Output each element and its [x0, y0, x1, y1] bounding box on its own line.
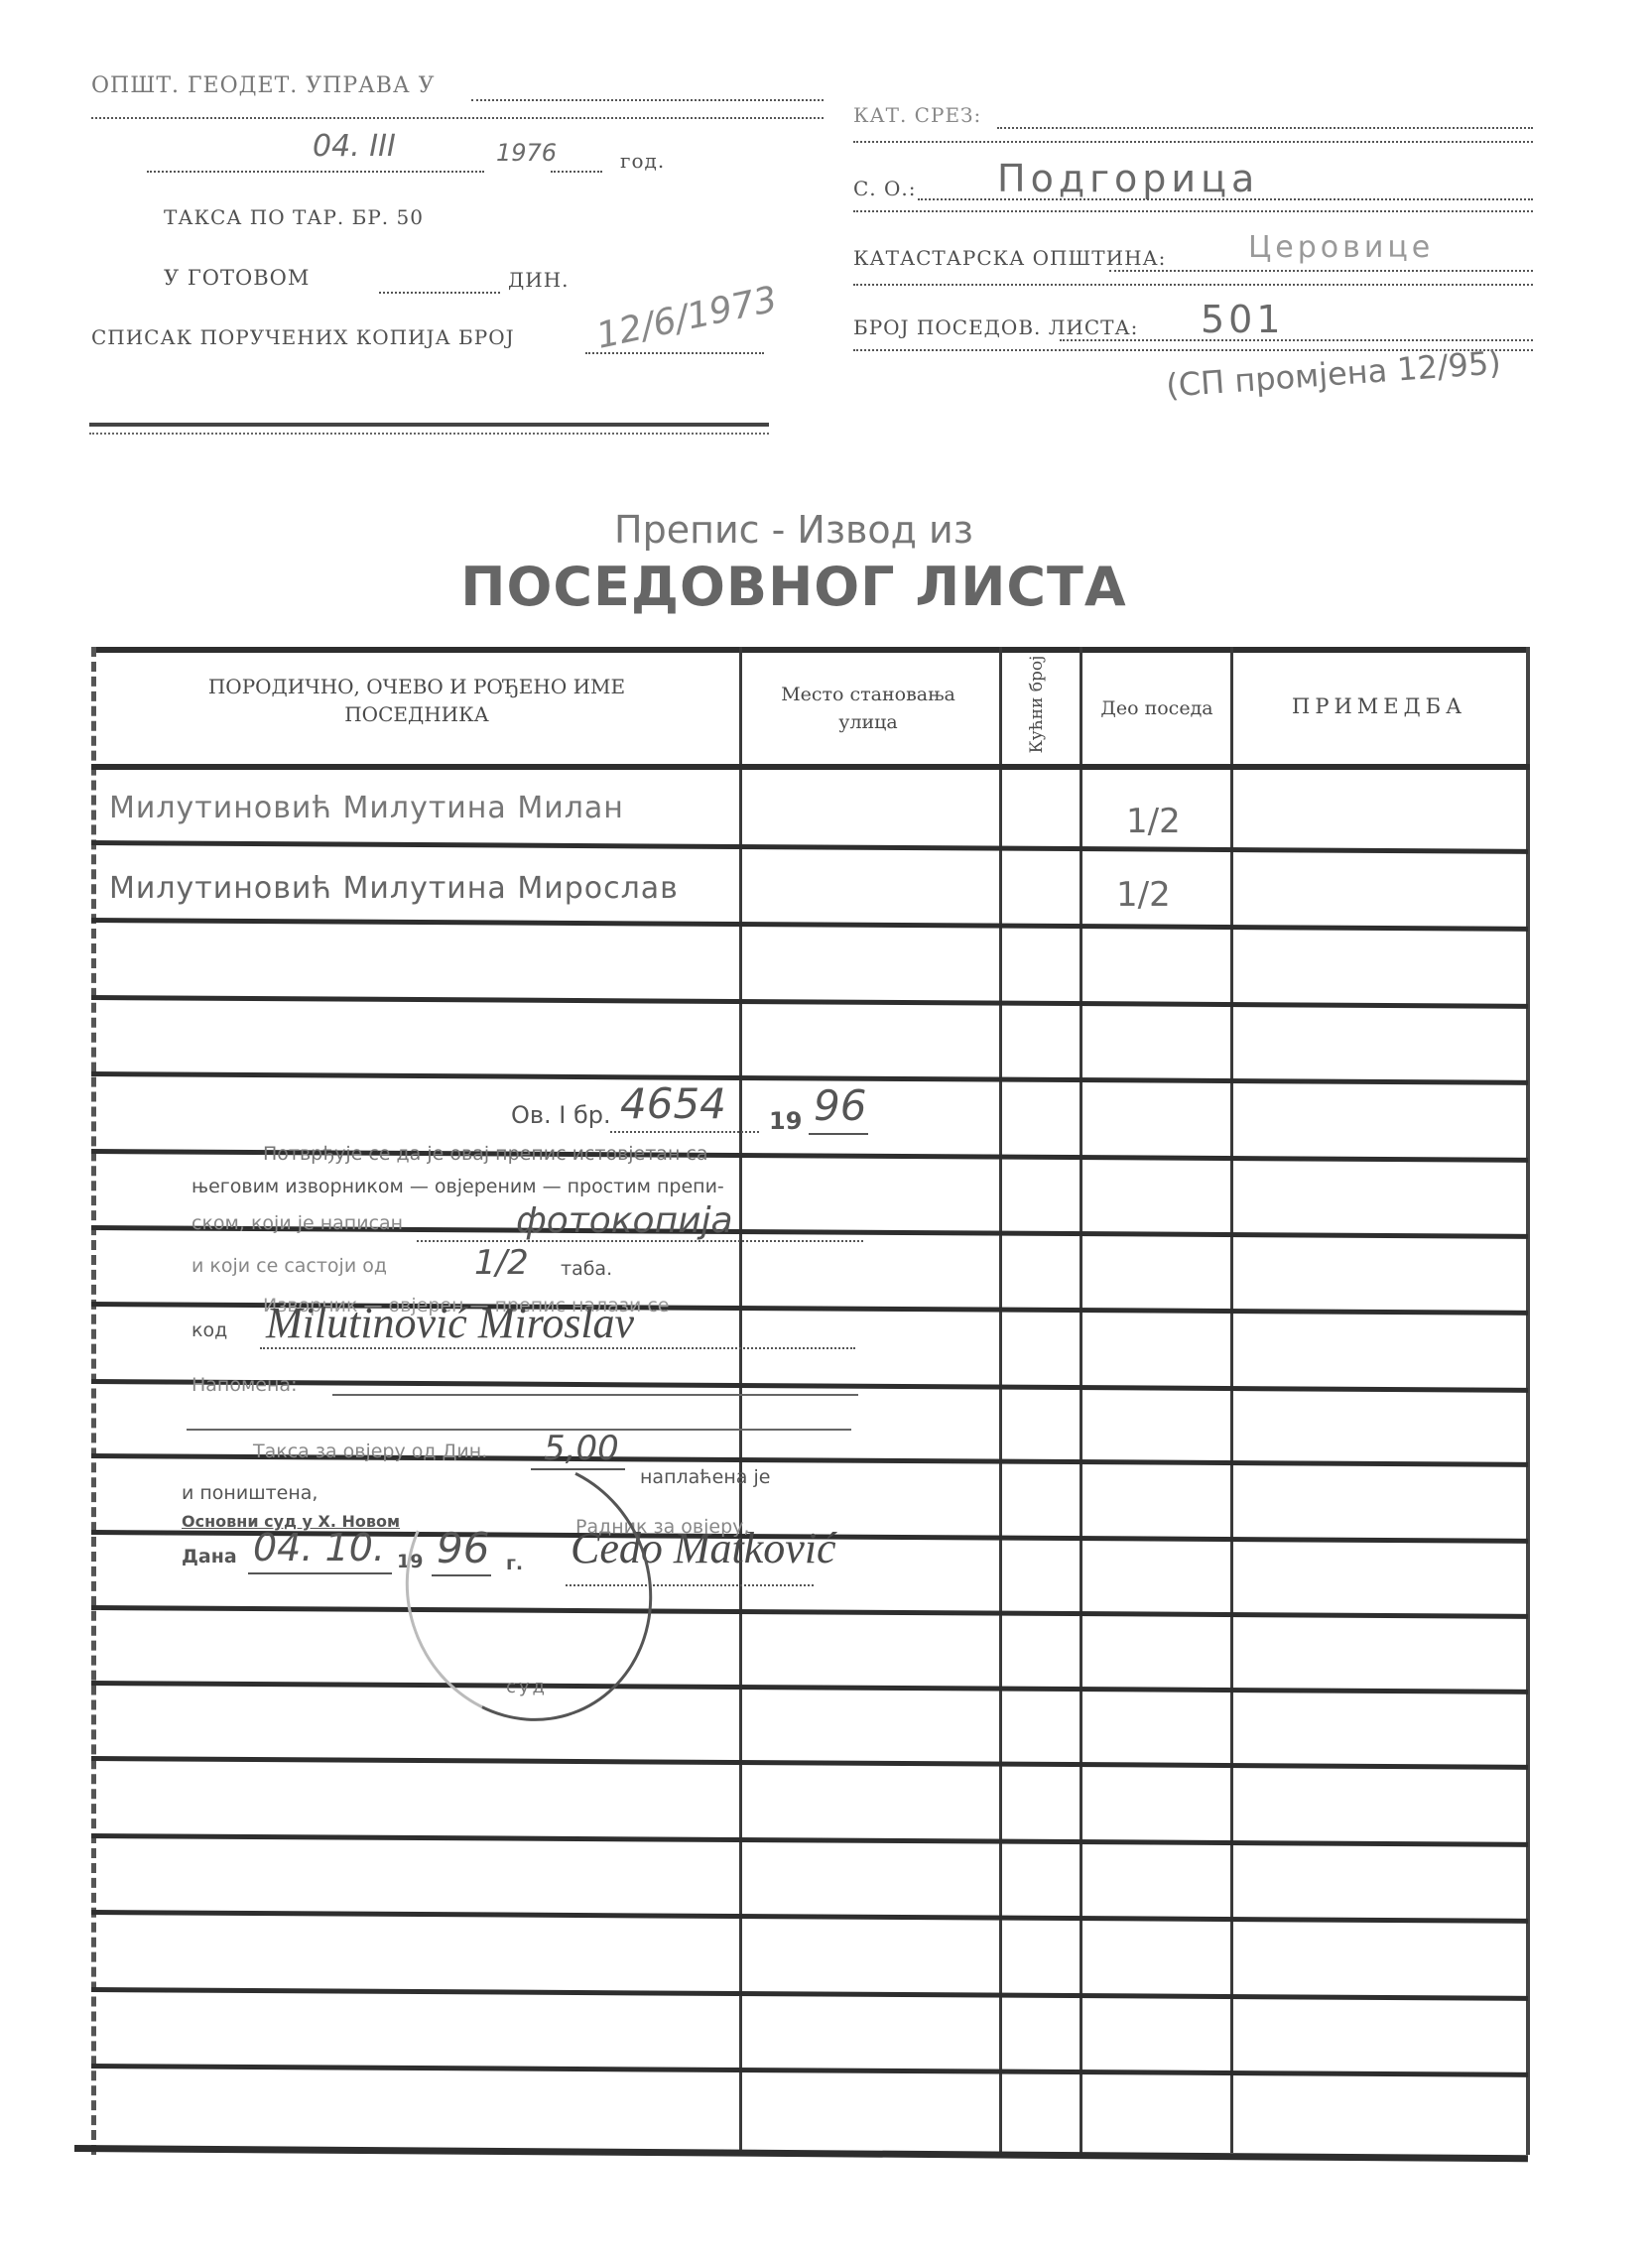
title-line-1: Препис - Извод из [397, 508, 1191, 552]
cert-ref-year-line [809, 1133, 868, 1135]
cert-fee-line: Такса за овјеру од Дин. [253, 1441, 487, 1462]
office-underline-2 [91, 117, 824, 119]
col-header-owner: ПОРОДИЧНО, ОЧЕВО И РОЂЕНО ИМЕ ПОСЕДНИКА [159, 673, 675, 728]
kat-srez-label: КАТ. СРЕЗ: [853, 103, 981, 127]
col-divider-1 [739, 647, 742, 2153]
cert-line-4-value: 1/2 [474, 1243, 529, 1283]
office-label: ОПШТ. ГЕОДЕТ. УПРАВА У [91, 73, 436, 98]
kat-opstina-line [1109, 270, 1533, 272]
list-no-label: БРОЈ ПОСЕДОВ. ЛИСТА: [853, 315, 1138, 339]
issue-date: 04. III [313, 129, 396, 164]
header-separator-2 [89, 433, 769, 435]
kat-srez-line [997, 127, 1533, 129]
cert-ref-number: 4654 [620, 1079, 726, 1128]
copies-label: СПИСАК ПОРУЧЕНИХ КОПИЈА БРОЈ [91, 325, 515, 349]
col-divider-2 [999, 647, 1002, 2153]
issue-year: 1976 [496, 139, 557, 167]
cert-ref-line [610, 1131, 759, 1133]
header-separator [89, 423, 769, 427]
court-stamp-text: суд [506, 1677, 548, 1697]
so-label: С. О.: [853, 177, 917, 200]
header-row-bottom [91, 764, 1530, 770]
cert-fee-line-2: и поништена, [182, 1482, 318, 1504]
table-bottom-border [74, 2145, 1528, 2162]
row-divider [91, 1379, 1528, 1393]
cert-ref-year-prefix: 19 [769, 1107, 802, 1135]
row-divider [91, 1987, 1528, 2001]
row-divider [91, 1605, 1528, 1619]
row-divider [91, 918, 1528, 932]
col-header-note: ПРИМЕДБА [1240, 692, 1518, 720]
list-no-value: 501 [1201, 298, 1285, 341]
table-row-1-owner: Милутиновић Милутина Милан [109, 791, 624, 825]
so-value: Подгорица [997, 157, 1259, 200]
table-row-2-share: 1/2 [1116, 875, 1171, 915]
cert-ref-label: Ов. I бр. [511, 1101, 611, 1129]
table-left-border [91, 647, 96, 2155]
row-divider [91, 1833, 1528, 1847]
cert-date-line [248, 1572, 392, 1574]
col-divider-4 [1230, 647, 1233, 2153]
cert-date-label: Дана [182, 1546, 237, 1567]
cert-napomena-line [332, 1394, 858, 1396]
year-suffix: год. [620, 149, 665, 173]
issue-date-line [147, 171, 484, 173]
cert-kod-value: Milutinović Miroslav [266, 1298, 634, 1348]
cert-napomena-line-2 [187, 1429, 851, 1431]
row-divider [91, 1910, 1528, 1924]
cert-napomena-label: Напомена: [191, 1374, 297, 1396]
row-divider [91, 995, 1528, 1009]
fee-label: ТАКСА ПО ТАР. БР. 50 [164, 205, 424, 229]
col-header-share: Део поседа [1085, 694, 1228, 722]
cert-line-2: његовим изворником — овјереним — простим… [191, 1176, 724, 1197]
row-divider [91, 1681, 1528, 1694]
col-divider-3 [1080, 647, 1082, 2153]
cash-label: У ГОТОВОМ [164, 266, 310, 290]
row-divider [91, 1756, 1528, 1770]
table-top-border [91, 647, 1530, 653]
issue-year-line [551, 171, 602, 173]
table-right-border [1526, 647, 1530, 2155]
office-underline [471, 99, 824, 101]
col-header-residence: Место становања улица [764, 681, 972, 736]
list-note: (СП промјена 12/95) [1165, 343, 1502, 404]
cert-date-value: 04. 10. [253, 1526, 385, 1569]
cert-kod-label: код [191, 1319, 227, 1341]
cert-ref-year: 96 [814, 1081, 866, 1130]
cert-line-3-underline [417, 1240, 863, 1242]
table-row-1-share: 1/2 [1126, 802, 1181, 841]
cert-kod-line [260, 1347, 855, 1349]
row-divider [91, 840, 1528, 854]
kat-opstina-value: Церовице [1248, 230, 1434, 265]
kat-opstina-line-2 [853, 284, 1533, 286]
row-divider [91, 1071, 1528, 1085]
cash-line [379, 292, 500, 294]
cert-line-4: и који се састоји од [191, 1255, 387, 1277]
copies-line [585, 352, 764, 354]
so-line-2 [853, 210, 1533, 212]
cert-line-3-value: фотокопија [516, 1200, 733, 1241]
col-header-house-no: Кућни број [1027, 645, 1047, 764]
kat-srez-line-2 [853, 141, 1533, 143]
cert-fee-suffix: наплаћена је [640, 1466, 770, 1488]
cert-line-1: Потврђује се да је овај препис истовјета… [263, 1143, 708, 1165]
list-no-line [1060, 339, 1533, 341]
so-line [918, 198, 1533, 200]
cert-fee-value: 5,00 [544, 1429, 619, 1468]
cash-unit: ДИН. [508, 268, 570, 292]
table-row-2-owner: Милутиновић Милутина Мирослав [109, 871, 679, 906]
copies-value: 12/6/1973 [593, 279, 781, 356]
row-divider [91, 2064, 1528, 2077]
cert-line-3: ском, који је написан [191, 1212, 403, 1234]
cert-line-4-suffix: таба. [561, 1258, 612, 1280]
title-line-2: ПОСЕДОВНОГ ЛИСТА [397, 556, 1191, 618]
kat-opstina-label: КАТАСТАРСКА ОПШТИНА: [853, 246, 1166, 270]
